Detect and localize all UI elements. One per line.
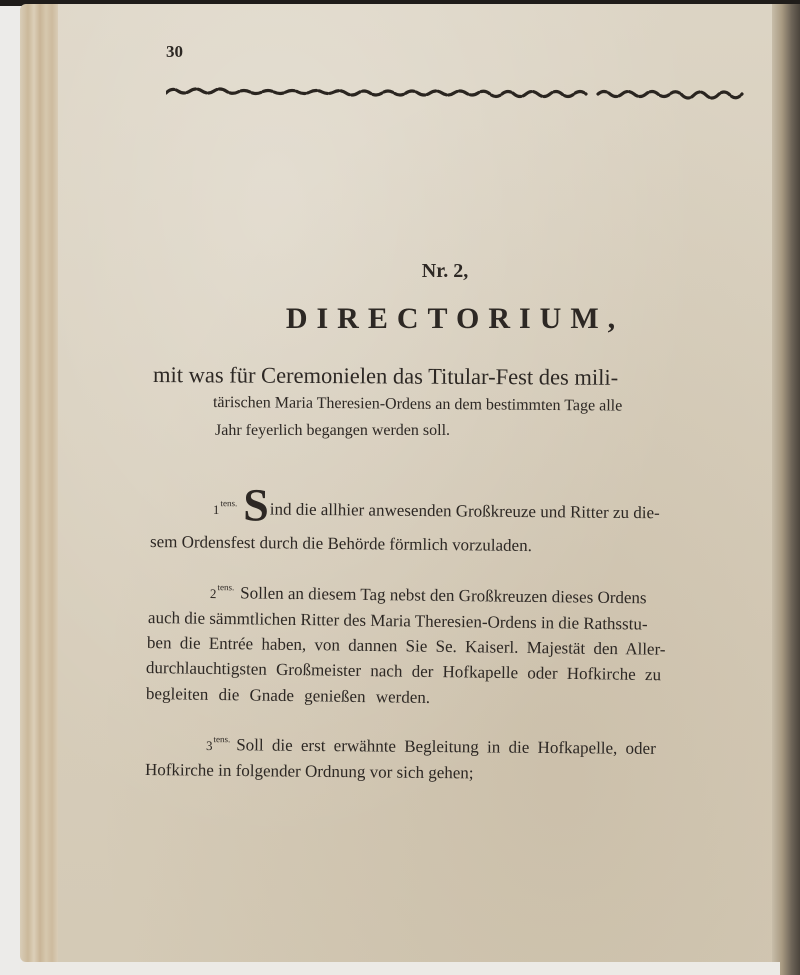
paragraph-3-line-1: 3tens.Soll die erst erwähnte Begleitung … bbox=[206, 734, 656, 759]
paragraph-1-ordinal-suffix: tens. bbox=[220, 498, 237, 508]
paragraph-3-text: Soll die erst erwähnte Begleitung in die… bbox=[236, 735, 656, 758]
page-number: 30 bbox=[166, 42, 183, 62]
subtitle-line-3: Jahr feyerlich begangen werden soll. bbox=[215, 422, 450, 440]
section-number: Nr. 2, bbox=[0, 260, 800, 283]
paragraph-1-text: ind die allhier anwesenden Großkreuze un… bbox=[270, 500, 660, 523]
paragraph-2-ordinal-suffix: tens. bbox=[218, 582, 235, 592]
paragraph-3-line-2: Hofkirche in folgender Ordnung vor sich … bbox=[145, 760, 474, 783]
paragraph-1-ordinal: 1 bbox=[213, 502, 220, 517]
paragraph-3-ordinal-suffix: tens. bbox=[214, 734, 231, 744]
document-title: DIRECTORIUM, bbox=[0, 302, 800, 336]
scan-background bbox=[0, 6, 22, 975]
paragraph-1-dropcap: S bbox=[243, 479, 269, 530]
subtitle-line-1: mit was für Ceremonielen das Titular-Fes… bbox=[153, 362, 618, 391]
binding-gutter-shadow bbox=[772, 4, 800, 975]
paragraph-2-line-5: begleiten die Gnade genießen werden. bbox=[146, 684, 430, 708]
paragraph-2-text: Sollen an diesem Tag nebst den Großkreuz… bbox=[240, 583, 647, 607]
scan-bottom-edge bbox=[20, 962, 780, 975]
paragraph-3-ordinal: 3 bbox=[206, 738, 213, 753]
subtitle-line-2: tärischen Maria Theresien-Ordens an dem … bbox=[213, 394, 622, 416]
paragraph-1-line-1: 1tens.Sind die allhier anwesenden Großkr… bbox=[213, 482, 660, 532]
paragraph-2-ordinal: 2 bbox=[210, 586, 217, 601]
ornamental-wavy-rule bbox=[166, 84, 746, 100]
page-stack-edge bbox=[20, 4, 60, 962]
paragraph-1-line-2: sem Ordensfest durch die Behörde förmlic… bbox=[150, 532, 532, 556]
